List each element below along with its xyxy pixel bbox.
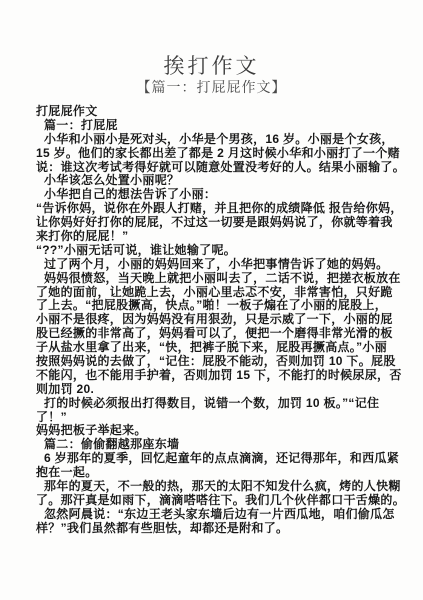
text-line: 打屁屁作文: [36, 105, 404, 119]
text-line: “??”小丽无话可说，谁让她输了呢。: [36, 244, 404, 258]
text-line: 抱在一起。: [36, 466, 404, 480]
text-line: 子从盐水里拿了出来，“快，把裤子脱下来，屁股再撅高点。”小丽: [36, 341, 404, 355]
text-line: 让你妈好好打你的屁屁，不过这一切要是跟妈妈说了，你就等着我: [36, 216, 404, 230]
section-subtitle: 【篇一：打屁屁作文】: [0, 77, 423, 97]
text-line: 15 岁。他们的家长都出差了都是 2 月这时候小华和小丽打了一个赌: [36, 147, 404, 161]
text-line: 小华和小丽小是死对头，小华是个男孩，16 岁。小丽是个女孩，: [36, 133, 404, 147]
document-title: 挨打作文: [0, 50, 423, 80]
text-line: 不能闪，也不能用手护着，否则加罚 15 下，不能打的时候尿尿，否: [36, 369, 404, 383]
text-line: 妈妈很愤怒，当天晚上就把小丽叫去了，二话不说，把搓衣板放在: [36, 272, 404, 286]
text-line: 那年的夏天，不一般的热，那天的太阳不知发什么疯，烤的人快糊: [36, 480, 404, 494]
text-line: 则加罚 20.: [36, 383, 404, 397]
text-line: 样？”我们虽然都有些胆怯，却都还是附和了。: [36, 522, 404, 536]
text-line: 按照妈妈说的去做了，“记住：屁股不能动，否则加罚 10 下。屁股: [36, 355, 404, 369]
document-body: 打屁屁作文 篇一：打屁屁 小华和小丽小是死对头，小华是个男孩，16 岁。小丽是个…: [36, 105, 404, 536]
text-line: 了。那汗真是如雨下，滴滴嗒嗒往下。我们几个伙伴都口干舌燥的。: [36, 494, 404, 508]
text-line: 篇一：打屁屁: [36, 119, 404, 133]
text-line: 打的时候必须报出打得数目，说错一个数，加罚 10 板。”“记住: [36, 397, 404, 411]
text-line: 过了两个月，小丽的妈妈回来了，小华把事情告诉了她的妈妈。: [36, 258, 404, 272]
text-line: 忽然阿晨说：“东边王老头家东墙后边有一片西瓜地，咱们偷瓜怎: [36, 508, 404, 522]
text-line: 来打你的屁屁！”: [36, 230, 404, 244]
document-page: 挨打作文 【篇一：打屁屁作文】 打屁屁作文 篇一：打屁屁 小华和小丽小是死对头，…: [0, 0, 423, 600]
